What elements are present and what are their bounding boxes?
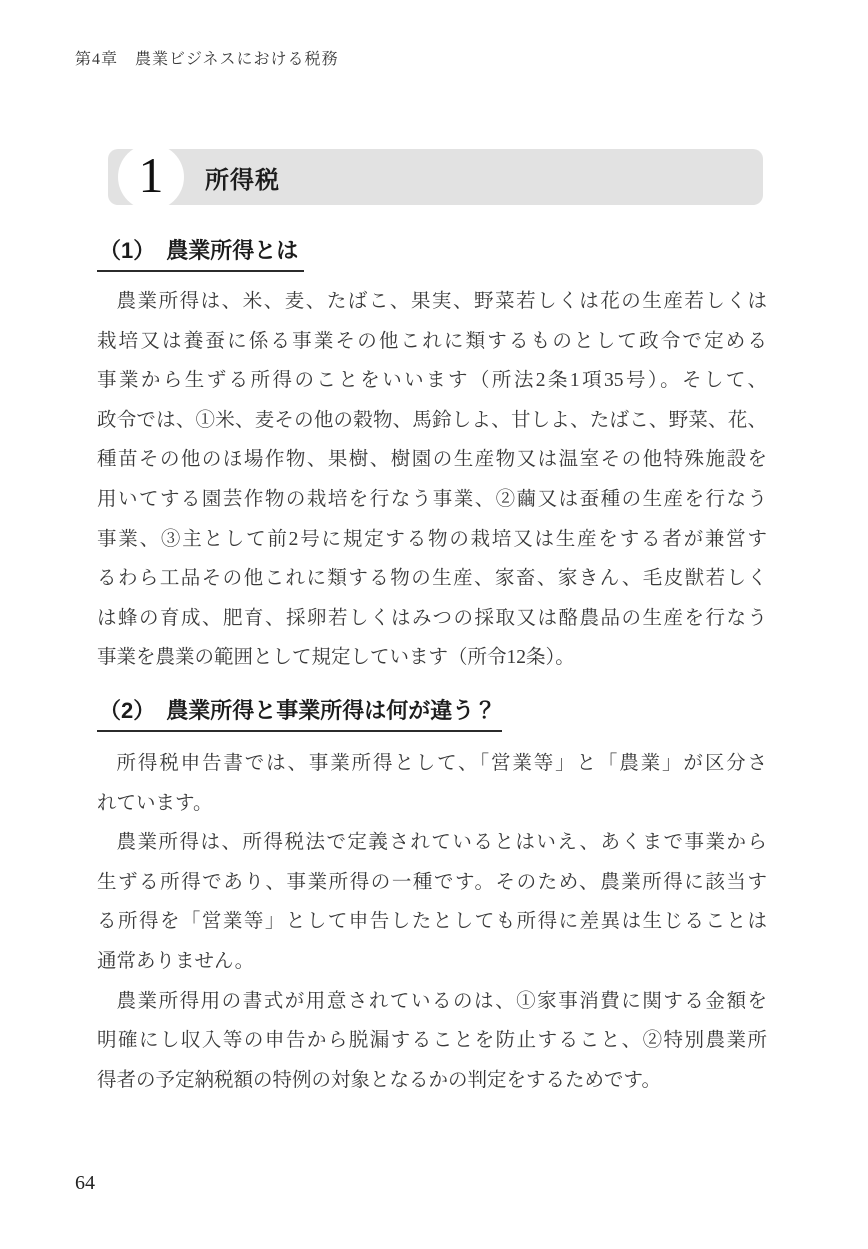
subsection-1-heading: （1）農業所得とは [97, 234, 304, 272]
page-number: 64 [75, 1172, 95, 1195]
text-line: るわら工品その他これに類する物の生産、家畜、家きん、毛皮獣若しく [97, 559, 767, 599]
subsection-2-title: 農業所得と事業所得は何が違う？ [166, 698, 496, 723]
subsection-1-number: （1） [99, 238, 155, 263]
text-line: は蜂の育成、肥育、採卵若しくはみつの採取又は酪農品の生産を行なう [97, 599, 767, 639]
section-number: 1 [139, 150, 164, 200]
text-line: 事業を農業の範囲として規定しています（所令12条）。 [97, 638, 767, 678]
text-line: 事業、③主として前2号に規定する物の栽培又は生産をする者が兼営す [97, 520, 767, 560]
subsection-1-title: 農業所得とは [166, 238, 298, 263]
text-line: 事業から生ずる所得のことをいいます（所法2条1項35号）。そして、 [97, 361, 767, 401]
text-line: 農業所得は、米、麦、たばこ、果実、野菜若しくは花の生産若しくは [97, 282, 767, 322]
text-line: 農業所得は、所得税法で定義されているとはいえ、あくまで事業から [97, 823, 767, 863]
subsection-2-number: （2） [99, 698, 155, 723]
text-line: 明確にし収入等の申告から脱漏することを防止すること、②特別農業所 [97, 1021, 767, 1061]
section-number-circle: 1 [118, 144, 184, 210]
paragraph-1: 農業所得は、米、麦、たばこ、果実、野菜若しくは花の生産若しくは栽培又は養蚕に係る… [97, 282, 767, 678]
book-page: 第4章 農業ビジネスにおける税務 1 所得税 （1）農業所得とは 農業所得は、米… [0, 0, 868, 1249]
subsection-1-heading-text: （1）農業所得とは [97, 234, 304, 272]
paragraph-4: 農業所得用の書式が用意されているのは、①家事消費に関する金額を明確にし収入等の申… [97, 982, 767, 1101]
paragraph-3: 農業所得は、所得税法で定義されているとはいえ、あくまで事業から生ずる所得であり、… [97, 823, 767, 981]
chapter-running-head: 第4章 農業ビジネスにおける税務 [75, 46, 339, 69]
subsection-2-heading-text: （2）農業所得と事業所得は何が違う？ [97, 694, 502, 732]
paragraph-2: 所得税申告書では、事業所得として、「営業等」と「農業」が区分されています。 [97, 744, 767, 823]
section-banner: 1 所得税 [108, 149, 763, 205]
text-line: 種苗その他のほ場作物、果樹、樹園の生産物又は温室その他特殊施設を [97, 440, 767, 480]
text-line: れています。 [97, 784, 767, 824]
text-line: 所得税申告書では、事業所得として、「営業等」と「農業」が区分さ [97, 744, 767, 784]
subsection-2-heading: （2）農業所得と事業所得は何が違う？ [97, 694, 502, 732]
text-line: 通常ありません。 [97, 942, 767, 982]
text-line: 得者の予定納税額の特例の対象となるかの判定をするためです。 [97, 1061, 767, 1101]
text-line: る所得を「営業等」として申告したとしても所得に差異は生じることは [97, 902, 767, 942]
text-line: 栽培又は養蚕に係る事業その他これに類するものとして政令で定める [97, 322, 767, 362]
text-line: 政令では、①米、麦その他の穀物、馬鈴しよ、甘しよ、たばこ、野菜、花、 [97, 401, 767, 441]
section-title: 所得税 [205, 160, 280, 195]
text-line: 生ずる所得であり、事業所得の一種です。そのため、農業所得に該当す [97, 863, 767, 903]
text-line: 用いてする園芸作物の栽培を行なう事業、②繭又は蚕種の生産を行なう [97, 480, 767, 520]
text-line: 農業所得用の書式が用意されているのは、①家事消費に関する金額を [97, 982, 767, 1022]
